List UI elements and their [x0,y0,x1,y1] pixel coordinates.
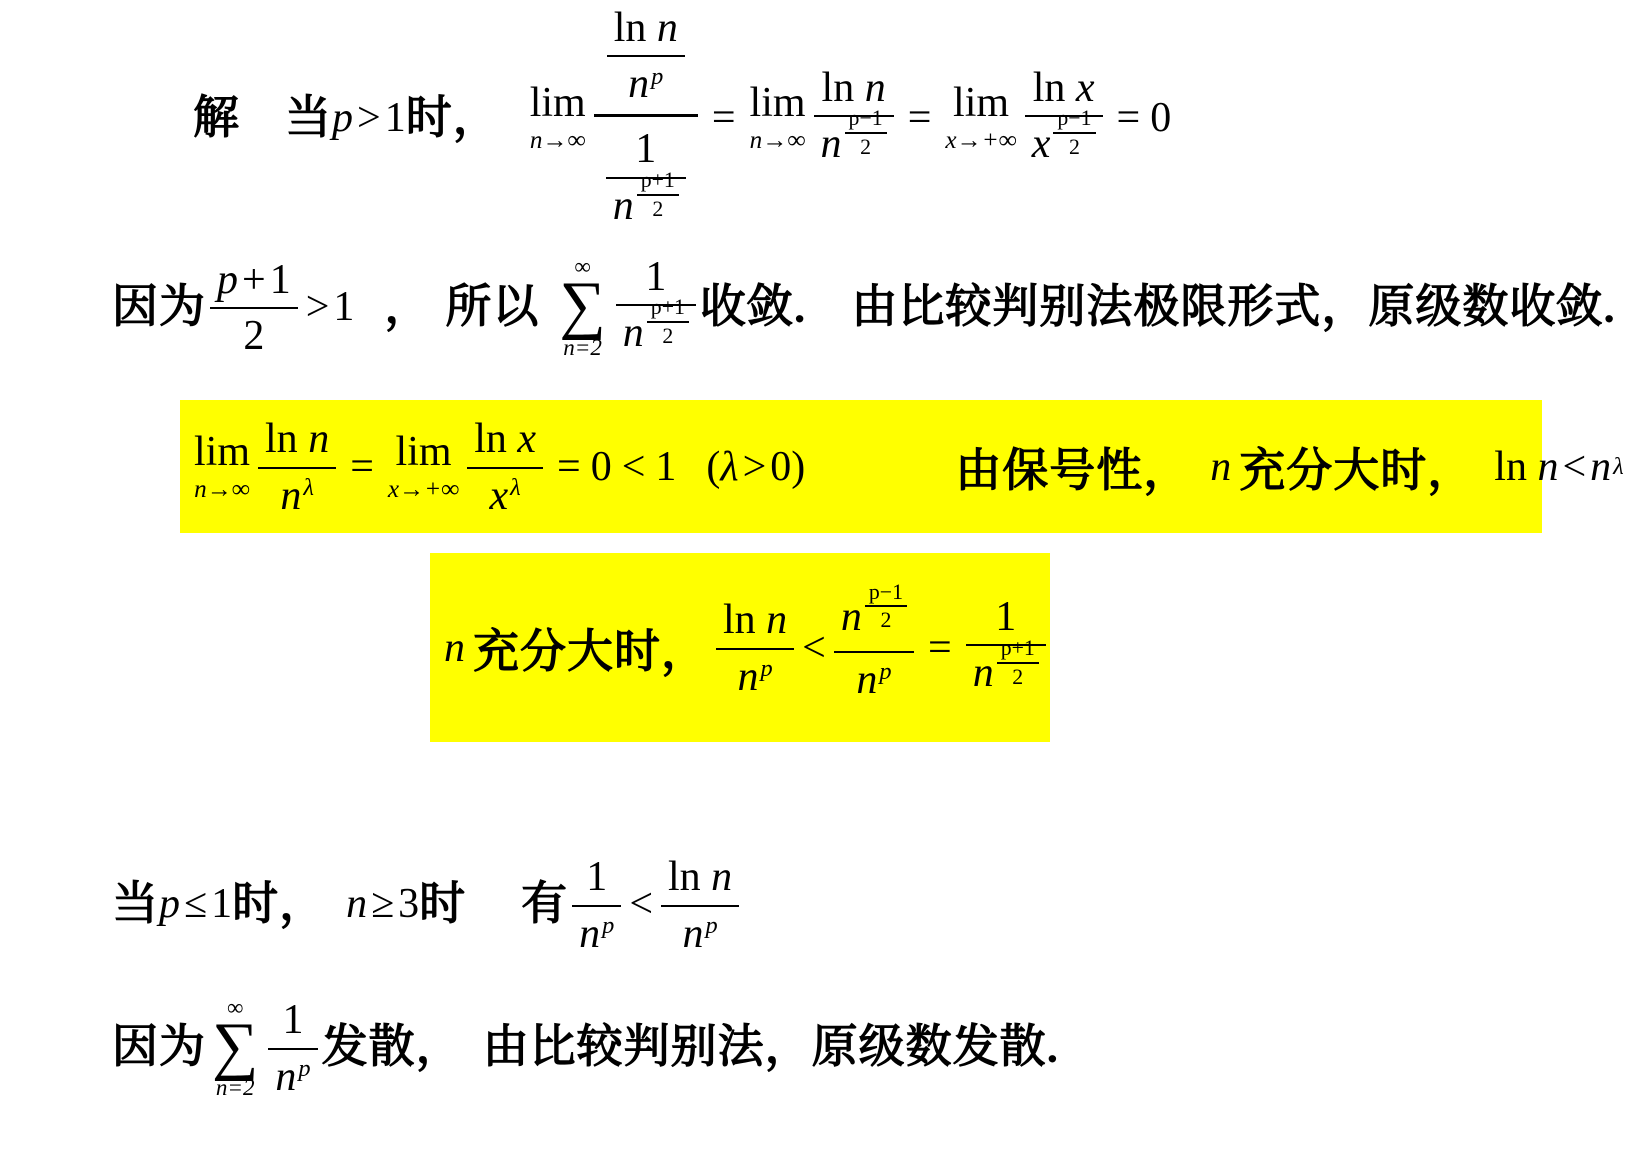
fraction-numerator: np−12 [834,592,914,652]
operator-gt: > [302,283,334,331]
operator-le: ≤ [180,880,211,928]
limit-subscript: x→+∞ [388,477,459,502]
fraction-numerator: ln n [607,3,685,57]
limit-subscript: n→∞ [194,477,250,502]
limit-subscript: n→∞ [530,128,586,153]
exponent-numerator: p−1 [865,581,907,608]
fraction-one-over-n: 1 np+12 [616,252,696,362]
ln-symbol: ln [614,5,647,51]
math-var-n: n [308,416,329,462]
nested-fraction: ln n np 1 np+12 [594,1,698,235]
fraction-numerator: 1 [572,852,621,906]
math-var-p: p [217,257,238,303]
math-var-n: n [579,911,600,957]
limit-n: lim n→∞ [194,431,250,502]
sum-lower-limit: n=2 [563,336,602,359]
exponent-p: p [879,658,891,685]
fraction-denominator: np+12 [616,306,696,362]
word-sufficiently-large: 充分大时， [473,615,708,681]
word-converges: 收敛. [700,281,807,334]
exponent-denominator: 2 [997,664,1039,689]
limit-word: lim [194,431,250,473]
number-one: 1 [635,126,656,172]
math-var-n: n [973,650,994,696]
math-var-n: n [623,310,644,356]
word-therefore: 所以 [445,281,539,334]
operator-ge: ≥ [367,880,398,928]
fraction-denominator: np+12 [606,179,686,235]
close-paren: ) [791,443,805,491]
row-because-converges: 因为 p+1 2 > 1 ， 所以 ∞ ∑ n=2 1 np+12 收敛. 由比… [112,246,1616,368]
exponent-denominator: 2 [845,134,887,159]
number-zero: 0 [1150,94,1171,142]
math-var-n: n [711,854,732,900]
operator-eq: = [340,443,384,491]
operator-lt: < [625,880,657,928]
word-when: 当 [285,92,332,145]
exponent-fraction: p+12 [647,296,689,348]
operator-eq: = [898,94,942,142]
operator-gt: > [353,94,385,142]
fraction-denominator: np [607,57,685,107]
ln-symbol: ln [822,65,855,111]
operator-lt: < [798,624,830,672]
ln-symbol: ln [474,416,507,462]
limit-x: lim x→+∞ [388,431,459,502]
math-var-n: n [1590,443,1611,491]
limit-n: lim n→∞ [530,82,586,153]
exponent-denominator: 2 [865,607,907,632]
number-zero: 0 [591,443,612,491]
limit-word: lim [396,431,452,473]
fraction-denominator: np+12 [966,646,1046,702]
math-var-n: n [628,61,649,107]
solution-label: 解 [193,92,240,145]
fraction-lnn: ln n np−12 [814,63,894,173]
number-one: 1 [283,997,304,1043]
word-shi: 时 [419,878,466,931]
fraction-denominator: np−12 [814,117,894,173]
math-var-n: n [280,473,301,519]
limit-word: lim [953,82,1009,124]
fraction-denominator: np [716,650,794,700]
fraction-power-over-np: np−12 np [834,592,914,702]
limit-x: lim x→+∞ [945,82,1016,153]
number-one: 1 [645,254,666,300]
math-var-lambda: λ [720,443,738,491]
fraction-denominator: xp−12 [1025,117,1103,173]
exponent-p: p [602,912,614,939]
math-var-x: x [490,473,509,519]
ln-symbol: ln [265,416,298,462]
word-diverges-comma: 发散， [322,1021,463,1074]
operator-eq: = [547,443,591,491]
exponent-lambda: λ [1613,453,1624,481]
word-when: 当 [112,878,159,931]
ln-symbol: ln [1494,443,1527,491]
limit-subscript: x→+∞ [945,128,1016,153]
fraction-one-over-n: 1 np+12 [606,124,686,234]
ln-symbol: ln [668,854,701,900]
exponent-fraction: p+12 [997,637,1039,689]
exponent-fraction: p−12 [1053,107,1095,159]
exponent-p: p [760,655,772,682]
exponent-numerator: p−1 [845,107,887,134]
fraction-numerator: p+1 [210,255,298,309]
fraction-denominator: np [268,1050,317,1100]
math-var-n: n [613,183,634,229]
fraction-denominator: xλ [467,469,543,519]
fraction-numerator: ln n [661,852,739,906]
limit-subscript: n→∞ [750,128,806,153]
exponent-p: p [651,63,663,90]
exponent-numerator: p+1 [647,296,689,323]
math-var-n: n [856,657,877,703]
fraction-numerator: ln x [467,414,543,468]
operator-gt: > [739,443,771,491]
word-because: 因为 [112,281,206,334]
math-var-n: n [737,654,758,700]
word-because: 因为 [112,1021,206,1074]
exponent-lambda: λ [510,474,521,501]
sigma-icon: ∑ [212,1019,258,1074]
fraction-numerator: 1 [268,995,317,1049]
limit-n: lim n→∞ [750,82,806,153]
fraction-lnn-nlambda: ln n nλ [258,414,336,518]
math-var-n: n [444,624,465,672]
math-var-n: n [865,65,886,111]
exponent-numerator: p+1 [637,169,679,196]
word-shi-comma: 时， [232,878,326,931]
math-var-n: n [821,121,842,167]
conclusion-converges: 由比较判别法极限形式，原级数收敛. [851,281,1616,334]
number-one: 1 [655,443,676,491]
limit-word: lim [530,82,586,124]
row-because-diverges: 因为 ∞ ∑ n=2 1 np 发散， 由比较判别法，原级数发散. [112,980,1059,1115]
sigma-icon: ∑ [559,278,605,333]
word-have: 有 [521,878,568,931]
exponent-p: p [705,912,717,939]
exponent-fraction: p−12 [845,107,887,159]
highlight-box-limit-lambda: lim n→∞ ln n nλ = lim x→+∞ ln x xλ = 0 <… [180,400,1542,533]
math-var-n: n [657,5,678,51]
fraction-lnn-np: ln n np [607,3,685,107]
fraction-lnx-xlambda: ln x xλ [467,414,543,518]
limit-word: lim [750,82,806,124]
fraction-lnn-np: ln n np [661,852,739,956]
fraction-numerator: ln n np [594,1,698,117]
row-case-p-le-1: 当 p ≤ 1 时， n ≥ 3 时 有 1 np < ln n np [112,842,743,967]
row-case-p-gt-1: 解 当 p > 1 时， lim n→∞ ln n np 1 np+12 = [193,2,1171,234]
summation: ∞ ∑ n=2 [212,996,258,1100]
math-var-x: x [1032,121,1051,167]
fraction-denominator: np [572,907,621,957]
word-sign-preserving: 由保号性， [955,434,1190,500]
number-zero: 0 [770,443,791,491]
exponent-denominator: 2 [637,196,679,221]
fraction-denominator: 2 [210,309,298,359]
operator-lt: < [1558,443,1590,491]
math-var-p: p [332,94,353,142]
math-var-n: n [682,911,703,957]
ln-symbol: ln [1033,65,1066,111]
ln-symbol: ln [723,597,756,643]
operator-eq: = [702,94,746,142]
exponent-fraction: p−12 [865,581,907,633]
summation: ∞ ∑ n=2 [559,255,605,359]
exponent-numerator: p−1 [1053,107,1095,134]
number-one: 1 [586,854,607,900]
fraction-one-over-np: 1 np [572,852,621,956]
math-var-n: n [766,597,787,643]
number-one: 1 [211,880,232,928]
comma: ， [384,281,431,334]
exponent-denominator: 2 [647,323,689,348]
operator-plus: + [238,257,270,303]
fraction-numerator: ln n [258,414,336,468]
number-one: 1 [333,283,354,331]
fraction-denominator: nλ [258,469,336,519]
math-var-n: n [1210,443,1231,491]
math-var-p: p [159,880,180,928]
number-three: 3 [398,880,419,928]
exponent-fraction: p+12 [637,169,679,221]
word-shi-comma: 时， [406,92,500,145]
math-var-x: x [517,416,536,462]
math-var-n: n [1537,443,1558,491]
operator-eq: = [918,624,962,672]
number-one: 1 [270,257,291,303]
word-sufficiently-large: 充分大时， [1239,434,1474,500]
math-var-n: n [275,1054,296,1100]
number-one: 1 [385,94,406,142]
fraction-one-over-np: 1 np [268,995,317,1099]
exponent-p: p [298,1055,310,1082]
number-two: 2 [243,313,264,359]
exponent-denominator: 2 [1053,134,1095,159]
fraction-denominator: 1 np+12 [594,117,698,234]
highlight-box-inequality: n 充分大时， ln n np < np−12 np = 1 np+12 [430,553,1050,742]
math-var-n: n [346,880,367,928]
operator-lt: < [612,443,656,491]
fraction-one-over-n: 1 np+12 [966,592,1046,702]
fraction-denominator: np [834,653,914,703]
open-paren: ( [706,443,720,491]
fraction-lnx: ln x xp−12 [1025,63,1103,173]
exponent-lambda: λ [303,474,314,501]
operator-eq: = [1107,94,1151,142]
exponent-numerator: p+1 [997,637,1039,664]
fraction-numerator: ln n [716,595,794,649]
sum-lower-limit: n=2 [216,1076,255,1099]
conclusion-diverges: 由比较判别法，原级数发散. [483,1021,1060,1074]
fraction-lnn-np: ln n np [716,595,794,699]
number-one: 1 [995,594,1016,640]
math-slide: 解 当 p > 1 时， lim n→∞ ln n np 1 np+12 = [0,0,1639,1166]
math-var-n: n [841,594,862,640]
fraction-p-plus-1-over-2: p+1 2 [210,255,298,359]
math-var-x: x [1076,65,1095,111]
fraction-denominator: np [661,907,739,957]
